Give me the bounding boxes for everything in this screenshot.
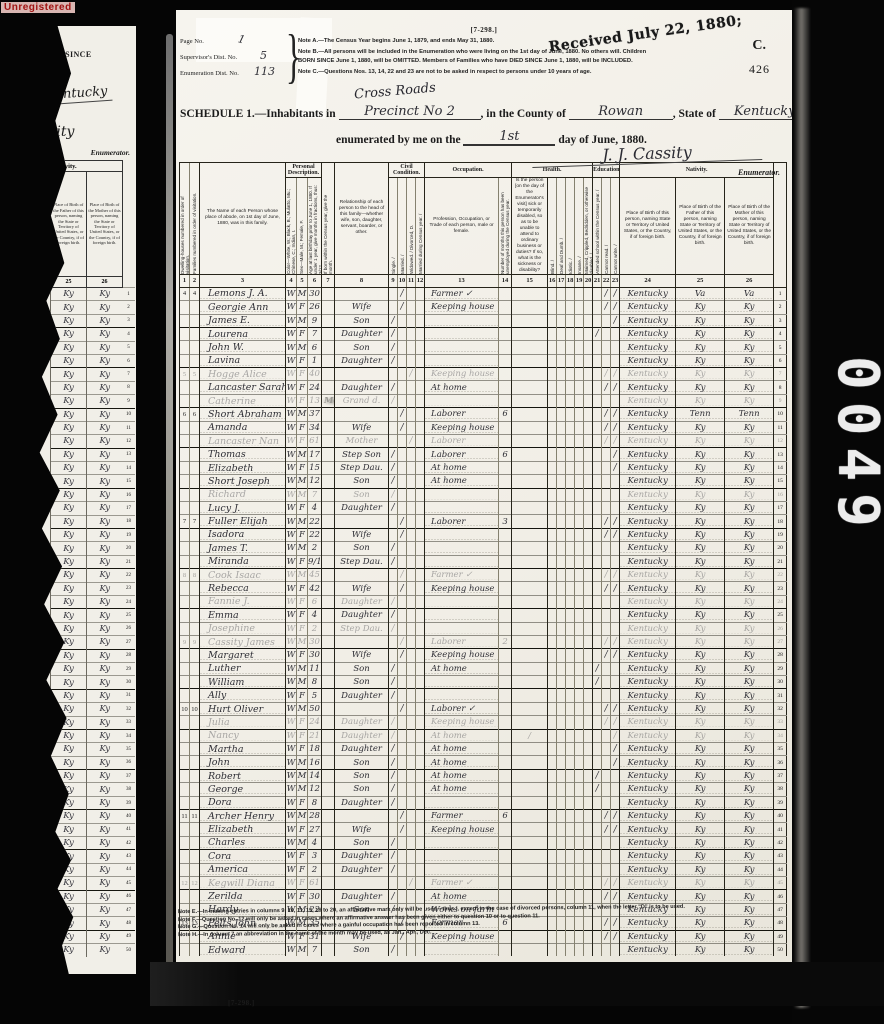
census-cell: / [407,435,416,448]
census-cell [548,515,557,528]
census-cell: 4 [308,836,322,849]
census-cell: F [297,863,308,876]
census-cell: Luther [200,662,286,675]
census-cell [548,582,557,595]
census-cell [557,823,566,836]
census-cell: Ky [676,435,725,448]
census-cell [548,796,557,809]
census-cell: Ky [676,836,725,849]
census-cell: / [398,421,407,434]
census-cell [593,555,602,568]
facing-page-row: KyKy39 [51,796,135,809]
census-cell [425,863,499,876]
census-cell: Kentucky [620,662,676,675]
census-cell [180,716,190,729]
census-cell [407,635,416,648]
census-cell: 10 [180,702,190,715]
census-cell: 26 [308,301,322,314]
census-cell [335,809,389,822]
census-cell [190,729,200,742]
census-cell: 42 [308,582,322,595]
census-cell [190,595,200,608]
census-cell: / [611,649,620,662]
column-header: Married. / [398,178,407,275]
census-cell [602,354,611,367]
census-cell [575,622,584,635]
census-cell: W [286,662,297,675]
census-cell: M [297,809,308,822]
census-cell: 4 [308,609,322,622]
note-line: Note B.—All persons will be included in … [298,48,654,66]
census-cell [593,354,602,367]
census-row: ElizabethWF15Step Dau./At home/KentuckyK… [180,461,787,474]
census-cell: / [398,408,407,421]
census-cell: / [611,568,620,581]
census-cell [584,341,593,354]
census-cell [499,783,512,796]
census-cell [584,595,593,608]
census-cell [407,943,416,956]
census-cell: Ky [676,662,725,675]
census-cell [416,408,425,421]
census-row: DoraWF8Daughter/KentuckyKyKy39 [180,796,787,809]
census-cell: Ky [676,689,725,702]
census-cell [611,676,620,689]
census-cell [416,783,425,796]
census-cell [389,528,398,541]
census-cell [512,475,548,488]
census-cell [407,502,416,515]
census-cell [611,769,620,782]
census-cell [499,943,512,956]
census-cell: / [611,729,620,742]
census-cell: Ky [725,689,774,702]
census-row: LourenaWF7Daughter//KentuckyKyKy4 [180,327,787,340]
census-cell [180,689,190,702]
census-cell: Step Son [335,448,389,461]
census-cell: 4 [308,502,322,515]
column-header: 20 [584,274,593,287]
census-cell: 7 [308,488,322,501]
census-cell: Isadora [200,528,286,541]
census-cell: / [389,622,398,635]
facing-page-row: KyKy49 [51,930,135,943]
census-cell [548,368,557,381]
census-cell: Ky [725,595,774,608]
census-cell [425,542,499,555]
census-cell [335,287,389,300]
census-cell: / [389,943,398,956]
census-cell [180,662,190,675]
census-cell [425,502,499,515]
census-cell [566,809,575,822]
line-number: 12 [774,435,787,448]
census-cell [499,649,512,662]
census-cell [575,368,584,381]
line2-prefix: enumerated by me on the [336,134,461,146]
census-cell: 6 [180,408,190,421]
census-cell [416,368,425,381]
census-cell: / [389,863,398,876]
census-cell [190,716,200,729]
census-cell: At home [425,756,499,769]
census-cell [611,394,620,407]
census-cell [389,368,398,381]
census-cell: Ky [676,622,725,635]
census-cell [548,783,557,796]
brace-glyph: } [286,20,301,91]
census-cell [398,368,407,381]
census-cell [190,448,200,461]
facing-page-row: KyKy15 [51,475,135,488]
census-cell: / [611,301,620,314]
census-cell [407,421,416,434]
census-cell: Kentucky [620,609,676,622]
census-cell [566,475,575,488]
census-cell [398,327,407,340]
census-cell [398,609,407,622]
place-blank: Precinct No 2 [339,104,481,120]
census-cell: At home [425,783,499,796]
census-cell [575,743,584,756]
census-cell: Ky [725,609,774,622]
census-cell: / [602,876,611,889]
census-cell [322,461,335,474]
census-cell: 2 [499,635,512,648]
line-number: 43 [774,850,787,863]
census-cell [584,461,593,474]
census-row: 44Lemons J. A.WM30/Farmer ✓//KentuckyVaV… [180,287,787,300]
census-cell: Ky [725,542,774,555]
census-cell [190,528,200,541]
census-cell [398,876,407,889]
census-cell: Short Abraham [200,408,286,421]
census-cell [602,676,611,689]
census-cell [584,408,593,421]
census-cell: W [286,729,297,742]
census-cell [190,783,200,796]
census-cell: Ky [676,568,725,581]
census-cell [322,863,335,876]
census-cell [557,850,566,863]
census-cell: Kentucky [620,823,676,836]
census-cell: W [286,568,297,581]
census-cell [548,890,557,903]
census-cell [575,769,584,782]
district-name-handwritten: Cross Roads [354,80,437,102]
census-cell: Kentucky [620,287,676,300]
census-cell [389,582,398,595]
line-number: 21 [774,555,787,568]
census-cell: / [398,301,407,314]
census-cell: Julia [200,716,286,729]
census-cell: Daughter [335,863,389,876]
census-cell: Son [335,783,389,796]
line-number: 29 [774,662,787,675]
census-cell [611,341,620,354]
census-cell [548,850,557,863]
census-cell [322,716,335,729]
census-cell [499,595,512,608]
district-block: Page No. 1 Supervisor's Dist. No. 5 Enum… [180,38,300,86]
census-cell [425,327,499,340]
census-cell: 12 [190,876,200,889]
census-cell [499,756,512,769]
facing-page-row: KyKy43 [51,850,135,863]
census-cell: Ky [676,702,725,715]
line-number: 44 [774,863,787,876]
census-cell: W [286,876,297,889]
census-row: ZerildaWF30Daughter/At home//KentuckyKyK… [180,890,787,903]
census-cell: Son [335,662,389,675]
census-cell: Lancaster Sarah [200,381,286,394]
enumerator-label: Enumerator. [738,168,780,177]
census-cell: W [286,528,297,541]
facing-page-row: KyKy37 [51,770,135,783]
column-header: Blind. / [548,178,557,275]
census-cell: Ky [676,421,725,434]
census-cell [190,649,200,662]
line-number: 30 [774,676,787,689]
census-cell: Daughter [335,850,389,863]
census-cell [584,421,593,434]
census-cell: 8 [180,568,190,581]
census-cell: Son [335,475,389,488]
census-cell [322,796,335,809]
facing-page-nativity-table: Nativity.Place of Birth of the Father of… [50,160,135,957]
supervisor-dist-value: 5 [260,49,267,62]
census-cell: Ky [676,555,725,568]
census-cell [190,301,200,314]
census-cell: Kentucky [620,796,676,809]
census-cell [593,689,602,702]
census-cell: Kentucky [620,301,676,314]
census-cell: W [286,394,297,407]
column-header: Personal Description. [286,163,322,178]
census-cell: W [286,341,297,354]
census-cell [593,528,602,541]
census-cell [512,528,548,541]
census-sheet: [7-298.] C. 426 Received July 22, 1880; … [176,10,792,1002]
census-cell [557,301,566,314]
census-cell [398,796,407,809]
census-cell [499,381,512,394]
census-row: RobertWM14Son/At home/KentuckyKyKy37 [180,769,787,782]
line-number: 26 [774,622,787,635]
census-cell: America [200,863,286,876]
census-cell [548,502,557,515]
column-header: Attended school within the Census year. … [593,178,602,275]
census-cell: 6 [499,809,512,822]
facing-page-row: KyKy17 [51,502,135,515]
census-cell [584,555,593,568]
census-cell: 30 [308,890,322,903]
census-row: CatherineWF13MayGrand d./KentuckyKyKy9 [180,394,787,407]
census-cell [593,394,602,407]
census-cell [575,796,584,809]
census-cell: W [286,890,297,903]
census-cell [602,850,611,863]
census-cell: / [398,287,407,300]
census-cell: Son [335,341,389,354]
line-number: 7 [774,368,787,381]
census-cell [398,542,407,555]
census-cell [584,542,593,555]
census-cell [407,448,416,461]
census-cell [180,555,190,568]
census-cell [322,528,335,541]
census-cell [398,890,407,903]
census-cell [611,595,620,608]
census-cell [566,622,575,635]
column-header: Is the person [on the day of the Enumera… [512,178,548,275]
census-cell [389,876,398,889]
census-cell [180,528,190,541]
line-number: 24 [774,595,787,608]
facing-page-row: KyKy44 [51,863,135,876]
census-cell: At home [425,890,499,903]
schedule-title-line2: enumerated by me on the 1st day of June,… [336,129,647,146]
census-cell: / [611,368,620,381]
census-cell: Amanda [200,421,286,434]
census-cell [548,689,557,702]
census-cell [425,595,499,608]
census-cell: F [297,555,308,568]
census-cell [416,502,425,515]
census-cell [407,595,416,608]
census-cell [499,622,512,635]
facing-page-row: KyKy42 [51,837,135,850]
facing-page-row: KyKy35 [51,743,135,756]
census-cell [499,836,512,849]
census-cell: / [593,327,602,340]
census-cell [398,595,407,608]
census-cell [416,301,425,314]
census-cell [389,515,398,528]
census-cell: M [297,756,308,769]
census-cell: W [286,368,297,381]
census-cell: Kentucky [620,850,676,863]
line-number: 16 [774,488,787,501]
census-cell: 22 [308,515,322,528]
census-cell [557,595,566,608]
census-cell: 21 [308,729,322,742]
census-cell [407,394,416,407]
census-cell: / [611,461,620,474]
column-header: 7 [322,274,335,287]
census-cell [566,421,575,434]
census-cell [512,368,548,381]
census-cell [584,448,593,461]
census-cell: / [593,769,602,782]
census-row: AmericaWF2Daughter/KentuckyKyKy44 [180,863,787,876]
census-cell [416,796,425,809]
census-cell [190,502,200,515]
census-cell [602,769,611,782]
census-cell [593,796,602,809]
census-cell [548,595,557,608]
census-cell [407,475,416,488]
census-cell [593,475,602,488]
census-cell: 9 [308,314,322,327]
census-cell [180,595,190,608]
census-cell [593,582,602,595]
census-cell: Laborer [425,635,499,648]
census-cell [566,448,575,461]
census-cell: 28 [308,809,322,822]
census-cell: Farmer ✓ [425,568,499,581]
census-cell: Ky [676,729,725,742]
census-cell: 40 [308,368,322,381]
census-cell [575,582,584,595]
census-cell [322,301,335,314]
census-cell: W [286,743,297,756]
census-cell [575,676,584,689]
line-number: 36 [774,756,787,769]
column-header: 12 [416,274,425,287]
census-cell: / [389,475,398,488]
census-cell: Kentucky [620,876,676,889]
census-cell [566,327,575,340]
column-header: 3 [200,274,286,287]
census-cell [575,595,584,608]
census-cell: Georgie Ann [200,301,286,314]
census-cell: 6 [190,408,200,421]
census-cell: M [297,475,308,488]
census-cell [557,341,566,354]
census-cell [512,542,548,555]
census-cell: 4 [190,287,200,300]
census-cell: Son [335,756,389,769]
census-cell [512,662,548,675]
census-cell: Kentucky [620,756,676,769]
facing-page-row: KyKy30 [51,676,135,689]
census-cell [584,622,593,635]
signature-fragment: ssity [42,124,74,140]
census-cell [407,769,416,782]
census-cell [322,582,335,595]
census-cell: Edward [200,943,286,956]
census-cell [611,943,620,956]
census-cell [575,662,584,675]
column-header: 19 [575,274,584,287]
census-cell: F [297,421,308,434]
census-cell: Kentucky [620,408,676,421]
census-cell [398,662,407,675]
census-cell [416,528,425,541]
census-cell [557,488,566,501]
census-cell: Kentucky [620,676,676,689]
census-cell [425,836,499,849]
facing-page-row: KyKy38 [51,783,135,796]
census-cell [512,488,548,501]
column-header: 4 [286,274,297,287]
census-cell [499,314,512,327]
census-cell: Kentucky [620,568,676,581]
census-cell [407,649,416,662]
census-cell [557,394,566,407]
census-cell [557,609,566,622]
census-cell [512,809,548,822]
census-row: 55Hogge AliceWF40/Keeping house//Kentuck… [180,368,787,381]
column-header: Dwelling-houses numbered in order of vis… [180,163,190,275]
census-cell [584,890,593,903]
census-cell: Ally [200,689,286,702]
census-cell [557,662,566,675]
census-cell [180,435,190,448]
census-cell: W [286,796,297,809]
census-cell: / [389,676,398,689]
